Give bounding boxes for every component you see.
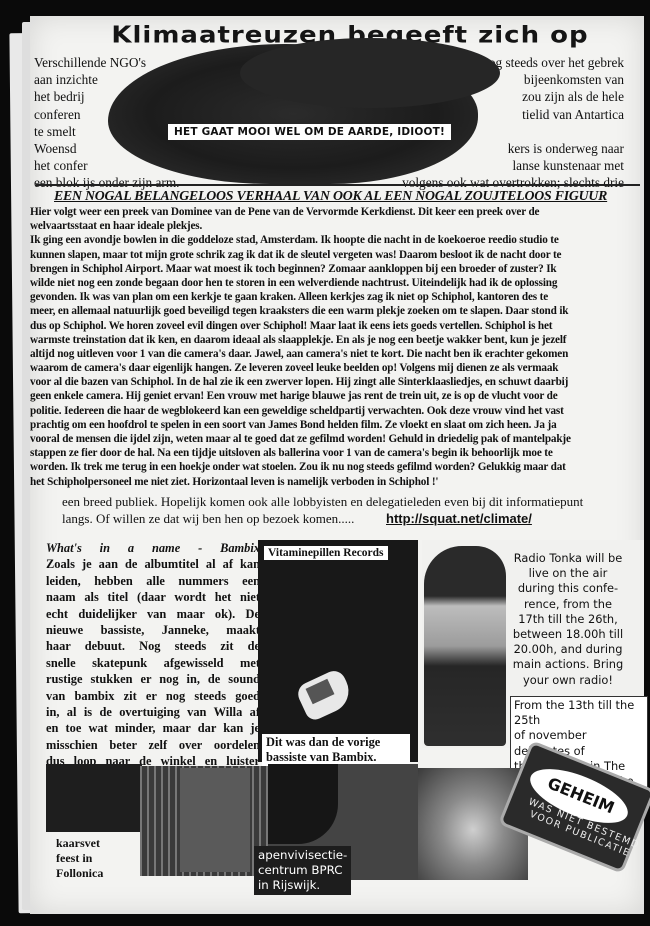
story-line: dus op Schiphol. We horen zoveel evil di…: [30, 319, 642, 333]
vitamine-photo: [258, 540, 418, 762]
story-line: Ik ging een avondje bowlen in die goddel…: [30, 233, 642, 247]
photo-caption: HET GAAT MOOI WEL OM DE AARDE, IDIOOT!: [168, 124, 451, 140]
story-line: vooral de mensen die ijdel zijn, weten m…: [30, 432, 642, 446]
story-line: politie. Iedereen die haar de wegblokeer…: [30, 404, 642, 418]
story-heading: EEN NOGAL BELANGELOOS VERHAAL VAN OOK AL…: [54, 188, 644, 204]
story-line: Hier volgt weer een preek van Dominee va…: [30, 205, 642, 219]
story-body: Hier volgt weer een preek van Dominee va…: [30, 205, 642, 489]
story-line: worden. Ik trek me terug in een hoekje o…: [30, 460, 642, 474]
story-line: brengen in Schiphol Airport. Maar wat mo…: [30, 262, 642, 276]
candle-party-photo: [46, 764, 142, 832]
story-line: kunnen slapen, maar tot mijn grote schri…: [30, 248, 642, 262]
story-line: welvaartsstaat en haar ideale plekjes.: [30, 219, 642, 233]
radio-tonka-text: Radio Tonka will be live on the air duri…: [498, 551, 638, 688]
story-line: geen enkele camera. Hij geniet ervan! Ee…: [30, 389, 642, 403]
story-line: gevonden. Ik was van plan om een kerkje …: [30, 290, 642, 304]
review-heading: What's in a name - Bambix: [46, 540, 260, 556]
story-line: voor al die bazen van Schiphol. In de ha…: [30, 375, 642, 389]
earth-photo-cutout-top: [240, 38, 500, 108]
story-line: meer, en allemaal natuurlijk goed beveil…: [30, 304, 642, 318]
radio-person-photo: [424, 546, 506, 746]
story-line: stappen ze fier door de hal. Na een tijd…: [30, 446, 642, 460]
album-review: What's in a name - Bambix Zoals je aan d…: [46, 540, 260, 786]
section-divider: [36, 184, 640, 186]
candle-caption: kaarsvet feest in Follonica: [56, 836, 103, 881]
climate-link[interactable]: http://squat.net/climate/: [386, 511, 532, 526]
story-line: waarom de camera's daar eigenlijk hangen…: [30, 361, 642, 375]
record-label-name: Vitaminepillen Records: [264, 546, 388, 560]
newsletter-page: Klimaatreuzen begeeft zich op glad ijs V…: [30, 16, 644, 914]
story-line: altijd nog uitleven voor 1 van die camer…: [30, 347, 642, 361]
story-line: het Schipholpersoneel me niet ziet. Hori…: [30, 475, 642, 489]
story-line: warmste treinstation dat ik ken, en daar…: [30, 333, 642, 347]
monkey-photo: [180, 768, 250, 872]
lab-caption: apenvivisectie- centrum BPRC in Rijswijk…: [254, 846, 351, 895]
vitamine-caption: Dit was dan de vorige bassiste van Bambi…: [262, 734, 410, 766]
story-line: wilde niet nog een zonde begaan door hen…: [30, 276, 642, 290]
story-line: prachtig om een hoofdrol te spelen in ee…: [30, 418, 642, 432]
